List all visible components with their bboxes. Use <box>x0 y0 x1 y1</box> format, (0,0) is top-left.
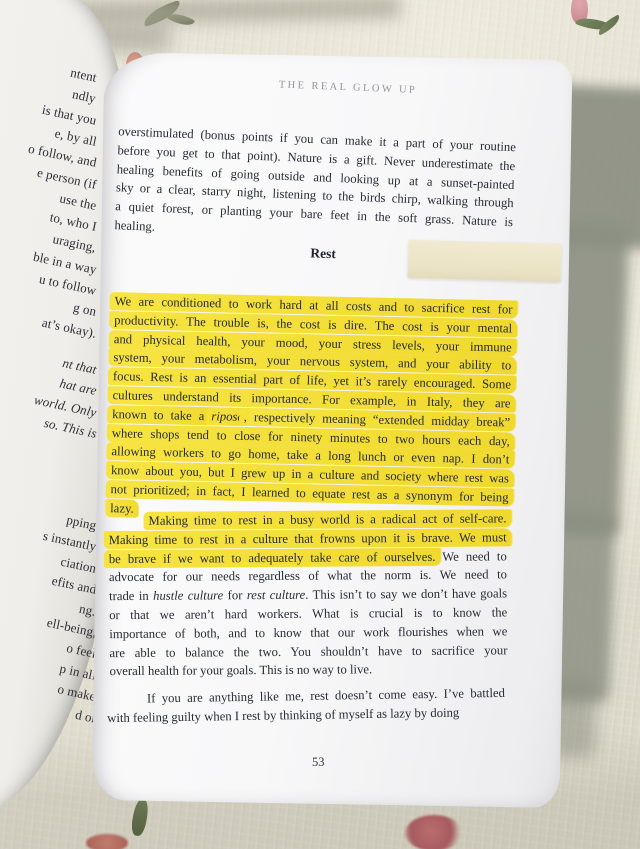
running-header: THE REAL GLOW UP <box>152 74 544 101</box>
left-page-text-fragment: pping <box>65 512 98 534</box>
body-text: are able to balance the two. You shouldn… <box>109 643 507 660</box>
paragraph-rest-highlighted: We are conditioned to work hard at all c… <box>110 292 513 526</box>
flower-decoration <box>405 815 463 849</box>
body-text: with feeling guilty when I rest by think… <box>107 705 459 725</box>
left-page-text-fragment: nt that <box>61 355 98 378</box>
body-text: trade in <box>109 589 153 603</box>
text-line: Making time to rest in a busy world is a… <box>108 509 506 531</box>
photo-of-open-book: ntentndlyis that youe, by allo follow, a… <box>0 0 640 849</box>
paragraph-making-time: Making time to rest in a busy world is a… <box>108 509 507 681</box>
body-text: overall health for your goals. This is n… <box>110 663 373 679</box>
body-text: If you are anything like me, rest doesn’… <box>147 686 505 706</box>
highlighted-text: Making time to rest in a culture that fr… <box>104 528 512 549</box>
text-line: importance of both, and to know that our… <box>109 622 507 644</box>
body-text: . This isn’t to say we don’t have goals <box>305 587 507 602</box>
body-text: or that we aren’t hard workers. What is … <box>109 605 507 622</box>
body-text: hustle culture <box>153 589 223 603</box>
body-text: healing. <box>114 218 155 234</box>
left-page-text-fragment: efits and <box>50 573 98 598</box>
left-page-text-fragment: use the <box>58 190 98 213</box>
left-page-text-fragment: ndly <box>71 87 97 108</box>
book-page: THE REAL GLOW UP overstimulated (bonus p… <box>92 52 573 808</box>
paragraph-if-you-are: If you are anything like me, rest doesn’… <box>107 684 506 728</box>
text-line: are able to balance the two. You shouldn… <box>109 641 507 663</box>
text-line: overall health for your goals. This is n… <box>110 660 508 682</box>
sticky-tab <box>407 240 561 282</box>
paragraph-nature: overstimulated (bonus points if you can … <box>114 122 516 251</box>
body-text: for <box>223 588 247 602</box>
highlighted-text: Making time to rest in a busy world is a… <box>143 509 511 530</box>
highlighted-text: be brave if we want to adequately take c… <box>104 547 441 567</box>
body-text: importance of both, and to know that our… <box>109 624 507 641</box>
body-text: We need to <box>435 549 506 563</box>
body-text: rest culture <box>247 588 306 602</box>
body-text: advocate for our needs regardless of wha… <box>109 568 507 585</box>
flower-decoration <box>86 834 128 849</box>
left-page-text-fragment: uraging, <box>52 231 98 256</box>
page-number: 53 <box>122 754 514 770</box>
text-line: Making time to rest in a culture that fr… <box>109 528 507 550</box>
highlighted-text: known to take a <box>107 405 217 425</box>
left-page-text-fragment: ciation <box>59 553 98 576</box>
left-page-text-fragment: g on <box>72 300 98 320</box>
left-page-text-fragment: hat are <box>58 376 98 399</box>
left-page-text-fragment: ntent <box>68 65 97 86</box>
text-line: or that we aren’t hard workers. What is … <box>109 603 507 625</box>
left-page-text-fragment: o feel <box>65 640 98 662</box>
